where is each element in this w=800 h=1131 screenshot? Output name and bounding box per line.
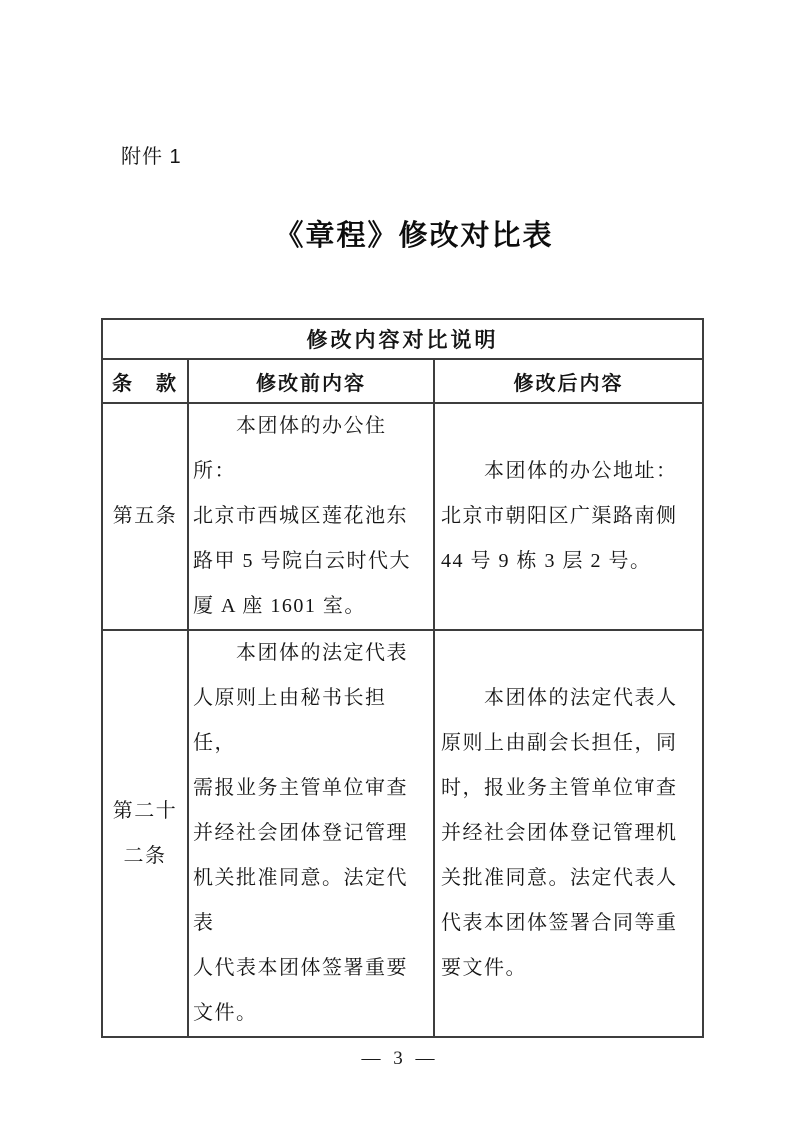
document-page: 附件 1 《章程》修改对比表 修改内容对比说明 条 款 修改前内容 修改后内容 … [0,0,800,1131]
table-row: 第二十 二条 本团体的法定代表 人原则上由秘书长担任， 需报业务主管单位审查 并… [102,630,703,1037]
column-header-after: 修改后内容 [434,359,703,403]
page-title: 《章程》修改对比表 [28,213,800,254]
before-content-cell: 本团体的办公住所： 北京市西城区莲花池东 路甲 5 号院白云时代大 厦 A 座 … [188,403,434,630]
before-content-cell: 本团体的法定代表 人原则上由秘书长担任， 需报业务主管单位审查 并经社会团体登记… [188,630,434,1037]
clause-cell: 第二十 二条 [102,630,188,1037]
column-header-before: 修改前内容 [188,359,434,403]
after-content-cell: 本团体的办公地址： 北京市朝阳区广渠路南侧 44 号 9 栋 3 层 2 号。 [434,403,703,630]
table-row: 第五条 本团体的办公住所： 北京市西城区莲花池东 路甲 5 号院白云时代大 厦 … [102,403,703,630]
table-caption: 修改内容对比说明 [102,319,703,359]
page-number: — 3 — [0,1048,800,1070]
clause-cell: 第五条 [102,403,188,630]
after-content-cell: 本团体的法定代表人 原则上由副会长担任，同 时，报业务主管单位审查 并经社会团体… [434,630,703,1037]
attachment-label: 附件 1 [121,140,182,169]
comparison-table: 修改内容对比说明 条 款 修改前内容 修改后内容 第五条 本团体的办公住所： 北… [101,318,704,1038]
table-header-row: 条 款 修改前内容 修改后内容 [102,359,703,403]
table-caption-row: 修改内容对比说明 [102,319,703,359]
column-header-clause: 条 款 [102,359,188,403]
